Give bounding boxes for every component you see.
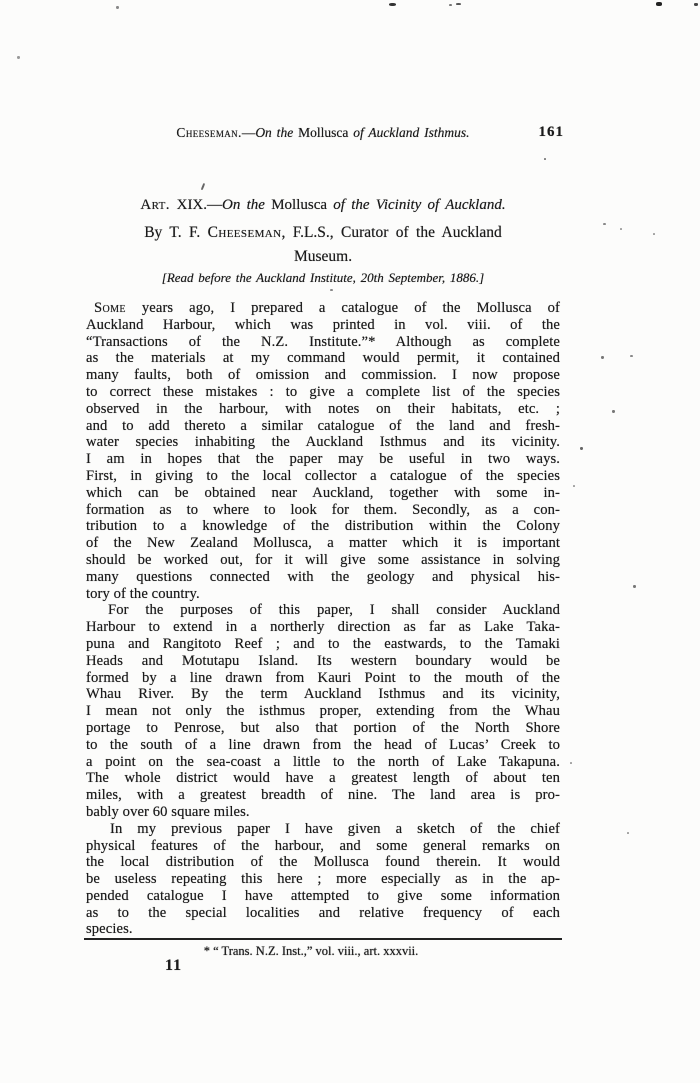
body-text: Some years ago, I prepared a catalogue o… (86, 300, 560, 938)
scan-speck (633, 585, 636, 588)
scan-speck (694, 3, 698, 6)
body-line: a point on the sea-coast a little to the… (86, 754, 560, 771)
body-line: to the south of a line drawn from the he… (86, 737, 560, 754)
scan-speck (627, 832, 629, 834)
scan-speck (544, 158, 546, 160)
scan-speck (116, 6, 119, 9)
body-line: species. (86, 921, 560, 938)
scan-speck (620, 228, 622, 230)
body-line: physical features of the harbour, and so… (86, 838, 560, 855)
body-line: to correct these mistakes : to give a co… (86, 384, 560, 401)
scan-speck (603, 223, 606, 225)
footnote: * “ Trans. N.Z. Inst.,” vol. viii., art.… (74, 944, 548, 959)
paragraph: In my previous paper I have given a sket… (86, 821, 560, 939)
scan-speck (456, 3, 461, 5)
byline-line2: Museum. (86, 248, 560, 265)
body-line: of the New Zealand Mollusca, a matter wh… (86, 535, 560, 552)
body-line: observed in the harbour, with notes on t… (86, 401, 560, 418)
signature-number: 11 (165, 957, 182, 975)
body-line: as to the special localities and relativ… (86, 905, 560, 922)
body-line: many faults, both of omission and commis… (86, 367, 560, 384)
body-line: many questions connected with the geolog… (86, 569, 560, 586)
body-line: I mean not only the isthmus proper, exte… (86, 703, 560, 720)
scan-speck (656, 2, 662, 6)
body-line: The whole district would have a greatest… (86, 770, 560, 787)
scan-speck (630, 355, 633, 357)
running-head-text: Cheeseman.—On the Mollusca of Auckland I… (176, 125, 469, 140)
body-line: tribution to a knowledge of the distribu… (86, 518, 560, 535)
scan-speck (570, 762, 572, 764)
scan-speck (653, 233, 655, 235)
scan-speck (580, 447, 583, 450)
body-line: Heads and Motutapu Island. Its western b… (86, 653, 560, 670)
body-line: and to add thereto a similar catalogue o… (86, 418, 560, 435)
body-line: be useless repeating this here ; more es… (86, 871, 560, 888)
article-title: Art. XIX.—On the Mollusca of the Vicinit… (86, 197, 560, 214)
body-line: I am in hopes that the paper may be usef… (86, 451, 560, 468)
running-head: Cheeseman.—On the Mollusca of Auckland I… (86, 125, 560, 141)
paragraph: Some years ago, I prepared a catalogue o… (86, 300, 560, 602)
body-line: First, in giving to the local collector … (86, 468, 560, 485)
paragraph: For the purposes of this paper, I shall … (86, 602, 560, 820)
scan-speck (17, 56, 20, 59)
scanned-page: Cheeseman.—On the Mollusca of Auckland I… (0, 0, 700, 1083)
body-line: Some years ago, I prepared a catalogue o… (86, 300, 560, 317)
scan-speck (201, 183, 205, 190)
body-line: bably over 60 square miles. (86, 804, 560, 821)
scan-speck (612, 410, 615, 413)
scan-speck (330, 289, 333, 291)
body-line: formation as to where to look for them. … (86, 502, 560, 519)
page-number: 161 (539, 124, 565, 140)
body-line: tory of the country. (86, 586, 560, 603)
body-line: as the materials at my command would per… (86, 350, 560, 367)
body-line: the local distribution of the Mollusca f… (86, 854, 560, 871)
body-line: “Transactions of the N.Z. Institute.”* A… (86, 334, 560, 351)
body-line: Auckland Harbour, which was printed in v… (86, 317, 560, 334)
body-line: Whau River. By the term Auckland Isthmus… (86, 686, 560, 703)
scan-speck (601, 356, 604, 359)
body-line: which can be obtained near Auckland, tog… (86, 485, 560, 502)
read-note: [Read before the Auckland Institute, 20t… (86, 270, 560, 285)
body-line: pended catalogue I have attempted to giv… (86, 888, 560, 905)
body-line: should be worked out, for it will give s… (86, 552, 560, 569)
scan-speck (449, 4, 452, 6)
scan-speck (573, 485, 575, 487)
body-line: Harbour to extend in a northerly directi… (86, 619, 560, 636)
body-line: formed by a line drawn from Kauri Point … (86, 670, 560, 687)
scan-speck (389, 3, 396, 6)
footnote-rule (84, 938, 562, 940)
body-line: For the purposes of this paper, I shall … (86, 602, 560, 619)
body-line: portage to Penrose, but also that portio… (86, 720, 560, 737)
byline-line1: By T. F. Cheeseman, F.L.S., Curator of t… (86, 224, 560, 241)
body-line: puna and Rangitoto Reef ; and to the eas… (86, 636, 560, 653)
body-line: miles, with a greatest breadth of nine. … (86, 787, 560, 804)
body-line: In my previous paper I have given a sket… (86, 821, 560, 838)
body-line: water species inhabiting the Auckland Is… (86, 434, 560, 451)
